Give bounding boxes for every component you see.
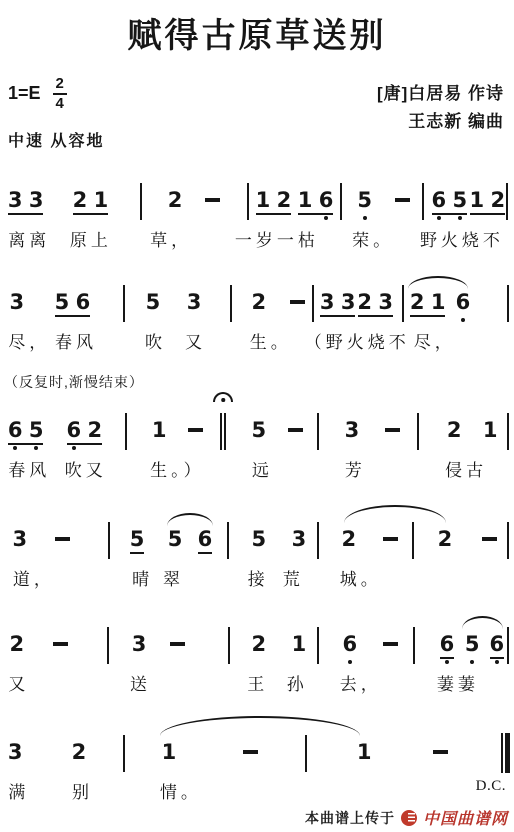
duration-dash bbox=[288, 428, 303, 432]
duration-dash bbox=[385, 428, 400, 432]
lyric-syllable: 城。 bbox=[340, 565, 382, 590]
note-digit: 3 bbox=[187, 290, 202, 314]
note: 5 bbox=[465, 632, 479, 664]
slur-arc bbox=[408, 276, 468, 289]
lyric-syllable: 孙 bbox=[287, 670, 308, 695]
lyric-syllable: 翠 bbox=[163, 565, 184, 590]
duration-dash bbox=[433, 750, 448, 754]
note: 3 bbox=[345, 418, 359, 450]
site-logo-icon bbox=[401, 810, 417, 826]
composer-credit: 王志新 编曲 bbox=[377, 108, 504, 136]
note-digit: 3 bbox=[9, 290, 24, 314]
barline bbox=[317, 413, 319, 450]
note: 3 bbox=[292, 527, 306, 559]
lyric-syllable: 野火烧不 bbox=[420, 226, 504, 251]
watermark: 本曲谱上传于 中国曲谱网 bbox=[305, 806, 508, 829]
low-octave-dot bbox=[34, 446, 38, 450]
low-octave-dot bbox=[458, 216, 462, 220]
dot-slot bbox=[192, 318, 196, 322]
note-group: 3 bbox=[187, 290, 201, 322]
note-digit: 3 bbox=[29, 188, 44, 212]
note: 2 bbox=[252, 290, 266, 322]
note-digit: 2 bbox=[9, 632, 24, 656]
note: 3 bbox=[13, 527, 27, 559]
lyric-syllable: 荣。 bbox=[352, 226, 394, 251]
lyric-syllable: 荒 bbox=[283, 565, 304, 590]
eighth-underline bbox=[130, 552, 144, 554]
note-digit: 2 bbox=[277, 188, 292, 212]
note-digit: 6 bbox=[456, 290, 471, 314]
note-digit: 6 bbox=[319, 188, 334, 212]
score-system-3: 656215321春风吹又生。）远芳侵古 bbox=[0, 392, 514, 484]
note-digit: 6 bbox=[431, 188, 446, 212]
dot-slot bbox=[303, 216, 307, 220]
note-digit: 3 bbox=[8, 188, 23, 212]
note-group: 16 bbox=[298, 188, 333, 220]
barline bbox=[247, 183, 249, 220]
barline bbox=[317, 522, 319, 559]
note-group: 33 bbox=[320, 290, 355, 322]
note: 2 bbox=[73, 188, 87, 220]
low-octave-dot bbox=[437, 216, 441, 220]
note-group: 5 bbox=[358, 188, 372, 220]
slur-arc bbox=[167, 513, 213, 526]
dot-slot bbox=[60, 318, 64, 322]
note: 3 bbox=[29, 188, 43, 220]
note-digit: 2 bbox=[357, 290, 372, 314]
dot-slot bbox=[282, 216, 286, 220]
barline bbox=[305, 735, 307, 772]
eighth-underline bbox=[73, 213, 108, 215]
note-digit: 3 bbox=[320, 290, 335, 314]
final-barline bbox=[501, 733, 510, 773]
note-group: 12 bbox=[256, 188, 291, 220]
note-group: 5 bbox=[146, 290, 160, 322]
note-digit: 1 bbox=[357, 740, 372, 764]
duration-dash bbox=[188, 428, 203, 432]
barline bbox=[228, 627, 230, 664]
note: 6 bbox=[456, 290, 470, 322]
note-group: 5 bbox=[130, 527, 144, 559]
barline bbox=[317, 627, 319, 664]
note: 3 bbox=[132, 632, 146, 664]
eighth-underline bbox=[8, 443, 43, 445]
note-digit: 5 bbox=[146, 290, 161, 314]
note: 5 bbox=[252, 527, 266, 559]
note-group: 56 bbox=[55, 290, 90, 322]
barline bbox=[312, 285, 314, 322]
note-digit: 5 bbox=[29, 418, 44, 442]
eighth-underline bbox=[358, 315, 393, 317]
note-digit: 1 bbox=[162, 740, 177, 764]
note: 3 bbox=[379, 290, 393, 322]
note-group: 5 bbox=[252, 527, 266, 559]
note-digit: 1 bbox=[152, 418, 167, 442]
eighth-underline bbox=[490, 657, 504, 659]
note: 1 bbox=[483, 418, 497, 450]
lyric-syllable: 远 bbox=[252, 456, 273, 481]
eighth-underline bbox=[256, 213, 291, 215]
fermata-icon bbox=[213, 392, 233, 407]
note-digit: 6 bbox=[198, 527, 213, 551]
note-group: 3 bbox=[292, 527, 306, 559]
note-digit: 3 bbox=[13, 527, 28, 551]
barline bbox=[413, 627, 415, 664]
barline bbox=[506, 183, 508, 220]
note: 1 bbox=[357, 740, 371, 772]
note: 6 bbox=[76, 290, 90, 322]
lyric-syllable: 道， bbox=[13, 565, 55, 590]
eighth-underline bbox=[440, 657, 454, 659]
note-group: 5 bbox=[465, 632, 479, 664]
barline bbox=[340, 183, 342, 220]
barline bbox=[422, 183, 424, 220]
note: 5 bbox=[453, 188, 467, 220]
note-group: 2 bbox=[168, 188, 182, 220]
lyric-syllable: （野火烧不 bbox=[305, 328, 410, 353]
lyric-syllable: 接 bbox=[248, 565, 269, 590]
lyric-syllable: 又 bbox=[8, 670, 29, 695]
double-barline bbox=[220, 413, 227, 450]
lyric-syllable: 去， bbox=[340, 670, 382, 695]
dot-slot bbox=[173, 216, 177, 220]
note-digit: 2 bbox=[447, 418, 462, 442]
lyric-syllable: 晴 bbox=[132, 565, 153, 590]
dot-slot bbox=[257, 660, 261, 664]
dot-slot bbox=[452, 446, 456, 450]
dot-slot bbox=[350, 446, 354, 450]
note-digit: 1 bbox=[298, 188, 313, 212]
dot-slot bbox=[436, 318, 440, 322]
note: 6 bbox=[319, 188, 333, 220]
dot-slot bbox=[257, 555, 261, 559]
note: 5 bbox=[55, 290, 69, 322]
watermark-prefix: 本曲谱上传于 bbox=[305, 808, 395, 828]
note-group: 2 bbox=[252, 290, 266, 322]
note: 2 bbox=[252, 632, 266, 664]
note-digit: 5 bbox=[168, 527, 183, 551]
dot-slot bbox=[15, 660, 19, 664]
note: 3 bbox=[341, 290, 355, 322]
note: 1 bbox=[470, 188, 484, 220]
note: 3 bbox=[187, 290, 201, 322]
lyric-syllable: 吹 bbox=[145, 328, 166, 353]
low-octave-dot bbox=[348, 660, 352, 664]
note-group: 23 bbox=[358, 290, 393, 322]
note-digit: 2 bbox=[490, 188, 505, 212]
eighth-underline bbox=[432, 213, 467, 215]
dot-slot bbox=[415, 318, 419, 322]
barline bbox=[402, 285, 404, 322]
dot-slot bbox=[77, 768, 81, 772]
slur-arc bbox=[462, 616, 503, 629]
note: 3 bbox=[320, 290, 334, 322]
note-digit: 6 bbox=[76, 290, 91, 314]
note: 2 bbox=[72, 740, 86, 772]
dot-slot bbox=[488, 446, 492, 450]
score-system-6: 3211满别情。 bbox=[0, 714, 514, 806]
song-title: 赋得古原草送别 bbox=[0, 8, 514, 57]
note: 2 bbox=[168, 188, 182, 220]
note-group: 21 bbox=[410, 290, 445, 322]
low-octave-dot bbox=[72, 446, 76, 450]
note-group: 6 bbox=[198, 527, 212, 559]
dot-slot bbox=[257, 318, 261, 322]
barline bbox=[507, 522, 509, 559]
note-group: 2 bbox=[342, 527, 356, 559]
note: 3 bbox=[10, 290, 24, 322]
key-signature: 1=E 2 4 bbox=[8, 76, 67, 112]
note: 6 bbox=[8, 418, 22, 450]
barline bbox=[140, 183, 142, 220]
duration-dash bbox=[170, 642, 185, 646]
note-digit: 5 bbox=[357, 188, 372, 212]
score-system-4: 35565322道，晴翠接荒城。 bbox=[0, 501, 514, 593]
dot-slot bbox=[496, 216, 500, 220]
low-octave-dot bbox=[470, 660, 474, 664]
dot-slot bbox=[347, 555, 351, 559]
barline bbox=[125, 413, 127, 450]
barline bbox=[123, 735, 125, 772]
note-digit: 1 bbox=[292, 632, 307, 656]
dot-slot bbox=[15, 318, 19, 322]
dot-slot bbox=[34, 216, 38, 220]
lyric-syllable: 情。 bbox=[160, 778, 202, 803]
note-digit: 2 bbox=[88, 418, 103, 442]
eighth-underline bbox=[198, 552, 212, 554]
duration-dash bbox=[55, 537, 70, 541]
note-group: 5 bbox=[252, 418, 266, 450]
note: 1 bbox=[256, 188, 270, 220]
barline bbox=[412, 522, 414, 559]
note-digit: 2 bbox=[438, 527, 453, 551]
note-group: 2 bbox=[447, 418, 461, 450]
eighth-underline bbox=[67, 443, 102, 445]
note-digit: 6 bbox=[8, 418, 23, 442]
note: 2 bbox=[88, 418, 102, 450]
barline bbox=[230, 285, 232, 322]
lyric-syllable: 一岁一枯 bbox=[235, 226, 319, 251]
lyric-syllable: 送 bbox=[130, 670, 151, 695]
lyric-syllable: 生。 bbox=[250, 328, 292, 353]
duration-dash bbox=[243, 750, 258, 754]
note-digit: 2 bbox=[252, 632, 267, 656]
slur-arc bbox=[344, 505, 446, 523]
barline bbox=[108, 522, 110, 559]
note-group: 12 bbox=[470, 188, 505, 220]
note-group: 33 bbox=[8, 188, 43, 220]
dot-slot bbox=[13, 216, 17, 220]
note-digit: 2 bbox=[341, 527, 356, 551]
note-digit: 2 bbox=[72, 740, 87, 764]
barline bbox=[507, 413, 509, 450]
barline bbox=[507, 285, 509, 322]
note-digit: 5 bbox=[465, 632, 480, 656]
lyric-syllable: 又 bbox=[185, 328, 206, 353]
lyric-syllable: 王 bbox=[247, 670, 268, 695]
note-digit: 6 bbox=[440, 632, 455, 656]
note: 2 bbox=[10, 632, 24, 664]
score-system-1: 33212121656512离离原上草，一岁一枯荣。野火烧不 bbox=[0, 162, 514, 254]
low-octave-dot bbox=[324, 216, 328, 220]
low-octave-dot bbox=[13, 446, 17, 450]
note: 5 bbox=[130, 527, 144, 559]
note-group: 3 bbox=[10, 290, 24, 322]
lyric-syllable: 草， bbox=[150, 226, 192, 251]
low-octave-dot bbox=[461, 318, 465, 322]
note-digit: 2 bbox=[168, 188, 183, 212]
lyric-syllable: 春风 bbox=[55, 328, 97, 353]
dot-slot bbox=[297, 555, 301, 559]
note-digit: 5 bbox=[252, 527, 267, 551]
note-digit: 3 bbox=[378, 290, 393, 314]
dot-slot bbox=[93, 446, 97, 450]
duration-dash bbox=[395, 198, 410, 202]
note-group: 6 bbox=[440, 632, 454, 664]
score-system-5: 23216656又送王孙去，萋萋 bbox=[0, 606, 514, 698]
key-label: 1=E bbox=[8, 83, 41, 104]
note-digit: 6 bbox=[490, 632, 505, 656]
low-octave-dot bbox=[445, 660, 449, 664]
note: 2 bbox=[277, 188, 291, 220]
note-group: 1 bbox=[357, 740, 371, 772]
note-group: 62 bbox=[67, 418, 102, 450]
note: 3 bbox=[8, 740, 22, 772]
note-digit: 1 bbox=[431, 290, 446, 314]
time-signature: 2 4 bbox=[53, 76, 67, 112]
duration-dash bbox=[482, 537, 497, 541]
lyric-syllable: 离离 bbox=[8, 226, 50, 251]
note: 5 bbox=[358, 188, 372, 220]
note-group: 3 bbox=[132, 632, 146, 664]
note-digit: 2 bbox=[73, 188, 88, 212]
low-octave-dot bbox=[363, 216, 367, 220]
lyric-syllable: 别 bbox=[72, 778, 93, 803]
lyric-syllable: 满 bbox=[8, 778, 29, 803]
dot-slot bbox=[137, 660, 141, 664]
lyric-syllable: 原上 bbox=[70, 226, 112, 251]
dc-mark: D.C. bbox=[476, 778, 506, 795]
dot-slot bbox=[78, 216, 82, 220]
duration-dash bbox=[205, 198, 220, 202]
slur-arc bbox=[160, 716, 360, 736]
barline bbox=[417, 413, 419, 450]
note-group: 1 bbox=[162, 740, 176, 772]
tempo-marking: 中速 从容地 bbox=[8, 128, 104, 151]
dot-slot bbox=[167, 768, 171, 772]
lyric-syllable: 尽， bbox=[414, 328, 456, 353]
note: 5 bbox=[168, 527, 182, 559]
note-digit: 5 bbox=[452, 188, 467, 212]
note: 1 bbox=[94, 188, 108, 220]
lyricist-credit: [唐]白居易 作诗 bbox=[377, 80, 504, 108]
note: 6 bbox=[490, 632, 504, 664]
eighth-underline bbox=[410, 315, 445, 317]
note-group: 21 bbox=[73, 188, 108, 220]
note: 2 bbox=[358, 290, 372, 322]
meter-numerator: 2 bbox=[53, 76, 67, 95]
dot-slot bbox=[297, 660, 301, 664]
duration-dash bbox=[290, 300, 305, 304]
meter-denominator: 4 bbox=[56, 95, 64, 112]
note-group: 2 bbox=[10, 632, 24, 664]
note-digit: 5 bbox=[252, 418, 267, 442]
note: 1 bbox=[152, 418, 166, 450]
dot-slot bbox=[362, 768, 366, 772]
eighth-underline bbox=[8, 213, 43, 215]
note-digit: 3 bbox=[345, 418, 360, 442]
note-digit: 5 bbox=[55, 290, 70, 314]
note-digit: 2 bbox=[252, 290, 267, 314]
note-group: 6 bbox=[490, 632, 504, 664]
note-digit: 3 bbox=[292, 527, 307, 551]
note: 5 bbox=[29, 418, 43, 450]
note-digit: 1 bbox=[483, 418, 498, 442]
lyric-syllable: 尽， bbox=[8, 328, 50, 353]
eighth-underline bbox=[55, 315, 90, 317]
note-group: 1 bbox=[483, 418, 497, 450]
lyric-syllable: 侵古 bbox=[445, 456, 487, 481]
note-group: 6 bbox=[456, 290, 470, 322]
low-octave-dot bbox=[495, 660, 499, 664]
note: 1 bbox=[298, 188, 312, 220]
note: 6 bbox=[440, 632, 454, 664]
eighth-underline bbox=[320, 315, 355, 317]
note: 1 bbox=[292, 632, 306, 664]
note-digit: 1 bbox=[94, 188, 109, 212]
note: 6 bbox=[343, 632, 357, 664]
note-digit: 3 bbox=[8, 740, 23, 764]
note: 2 bbox=[447, 418, 461, 450]
note-digit: 5 bbox=[130, 527, 145, 551]
dot-slot bbox=[135, 555, 139, 559]
note-digit: 1 bbox=[469, 188, 484, 212]
duration-dash bbox=[383, 642, 398, 646]
duration-dash bbox=[53, 642, 68, 646]
repeat-annotation: （反复时,渐慢结束） bbox=[4, 372, 144, 392]
dot-slot bbox=[261, 216, 265, 220]
note-group: 3 bbox=[8, 740, 22, 772]
note-group: 2 bbox=[252, 632, 266, 664]
note-digit: 3 bbox=[132, 632, 147, 656]
dot-slot bbox=[81, 318, 85, 322]
note-group: 1 bbox=[292, 632, 306, 664]
note-group: 65 bbox=[432, 188, 467, 220]
note: 1 bbox=[162, 740, 176, 772]
note-group: 2 bbox=[72, 740, 86, 772]
dot-slot bbox=[13, 768, 17, 772]
barline bbox=[107, 627, 109, 664]
lyric-syllable: 芳 bbox=[345, 456, 366, 481]
note-group: 3 bbox=[13, 527, 27, 559]
dot-slot bbox=[99, 216, 103, 220]
note: 6 bbox=[198, 527, 212, 559]
eighth-underline bbox=[298, 213, 333, 215]
note-group: 3 bbox=[345, 418, 359, 450]
note: 6 bbox=[432, 188, 446, 220]
dot-slot bbox=[151, 318, 155, 322]
note: 1 bbox=[431, 290, 445, 322]
note: 5 bbox=[252, 418, 266, 450]
dot-slot bbox=[203, 555, 207, 559]
barline bbox=[507, 627, 509, 664]
dot-slot bbox=[443, 555, 447, 559]
duration-dash bbox=[383, 537, 398, 541]
note-group: 6 bbox=[343, 632, 357, 664]
note: 5 bbox=[146, 290, 160, 322]
note: 3 bbox=[8, 188, 22, 220]
watermark-site-name: 中国曲谱网 bbox=[423, 806, 508, 829]
